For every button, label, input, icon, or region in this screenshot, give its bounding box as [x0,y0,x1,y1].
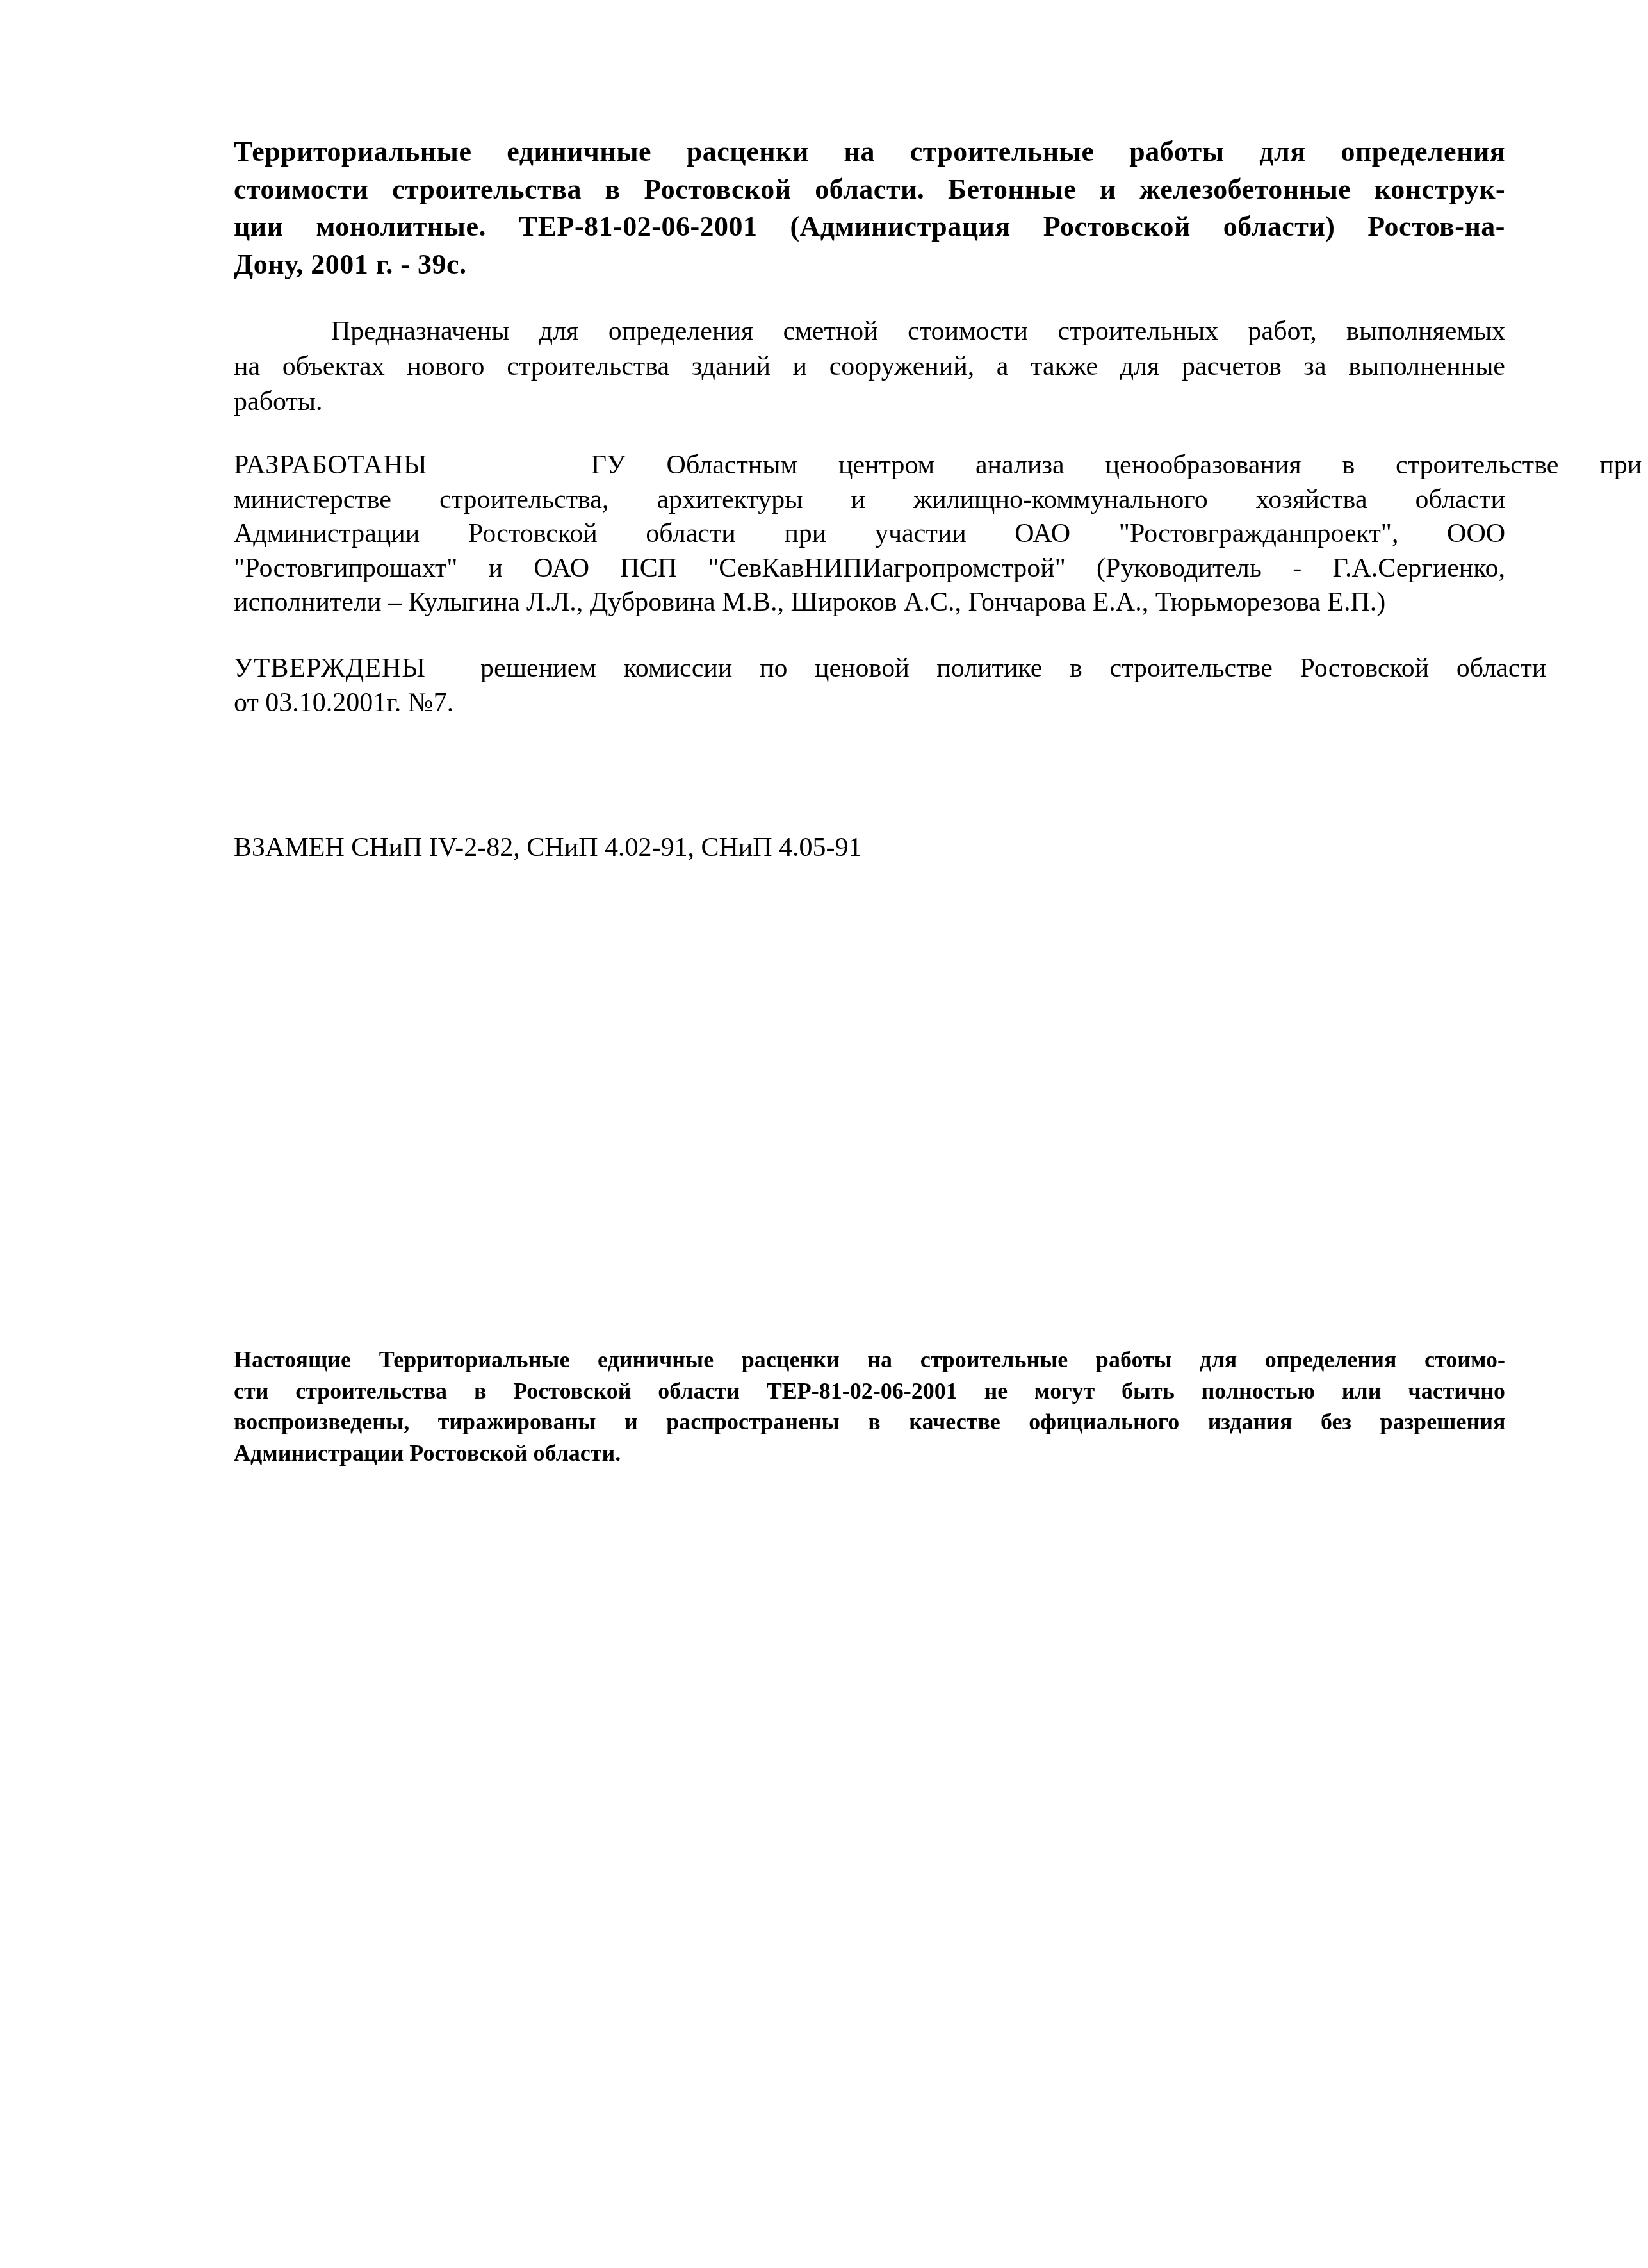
approved-paragraph: УТВЕРЖДЕНЫ решением комиссии по ценовой … [234,651,1505,720]
copyright-line: Настоящие Территориальные единичные расц… [234,1344,1505,1376]
developed-line: "Ростовгипрошахт" и ОАО ПСП "СевКавНИПИа… [234,552,1505,586]
approved-text: решением комиссии по ценовой политике в … [480,653,1546,683]
purpose-line: Предназначены для определения сметной ст… [234,314,1505,349]
purpose-line: работы. [234,384,1505,420]
developed-first-line: РАЗРАБОТАНЫ ГУ Областным центром анализа… [234,448,1505,483]
developed-line: министерстве строительства, архитектуры … [234,483,1505,518]
approved-line: от 03.10.2001г. №7. [234,686,1505,720]
title-line: ции монолитные. ТЕР-81-02-06-2001 (Админ… [234,208,1505,246]
copyright-line: воспроизведены, тиражированы и распростр… [234,1406,1505,1438]
developed-line: Администрации Ростовской области при уча… [234,517,1505,552]
replaces-text: ВЗАМЕН СНиП IV-2-82, СНиП 4.02-91, СНиП … [234,830,1505,865]
copyright-line: Администрации Ростовской области. [234,1438,1505,1469]
title-line: Дону, 2001 г. - 39с. [234,246,1505,284]
copyright-line: сти строительства в Ростовской области Т… [234,1376,1505,1407]
title-line: Территориальные единичные расценки на ст… [234,133,1505,171]
replaces-statement: ВЗАМЕН СНиП IV-2-82, СНиП 4.02-91, СНиП … [234,830,1505,865]
document-title: Территориальные единичные расценки на ст… [234,133,1505,283]
developed-text: ГУ Областным центром анализа ценообразов… [591,450,1642,480]
purpose-paragraph: Предназначены для определения сметной ст… [234,314,1505,420]
developed-label: РАЗРАБОТАНЫ [234,450,428,480]
approved-label: УТВЕРЖДЕНЫ [234,653,426,683]
purpose-line: на объектах нового строительства зданий … [234,349,1505,384]
title-line: стоимости строительства в Ростовской обл… [234,171,1505,209]
approved-first-line: УТВЕРЖДЕНЫ решением комиссии по ценовой … [234,651,1505,686]
copyright-notice: Настоящие Территориальные единичные расц… [234,1344,1505,1468]
developed-line: исполнители – Кулыгина Л.Л., Дубровина М… [234,586,1505,620]
developed-by-paragraph: РАЗРАБОТАНЫ ГУ Областным центром анализа… [234,448,1505,620]
